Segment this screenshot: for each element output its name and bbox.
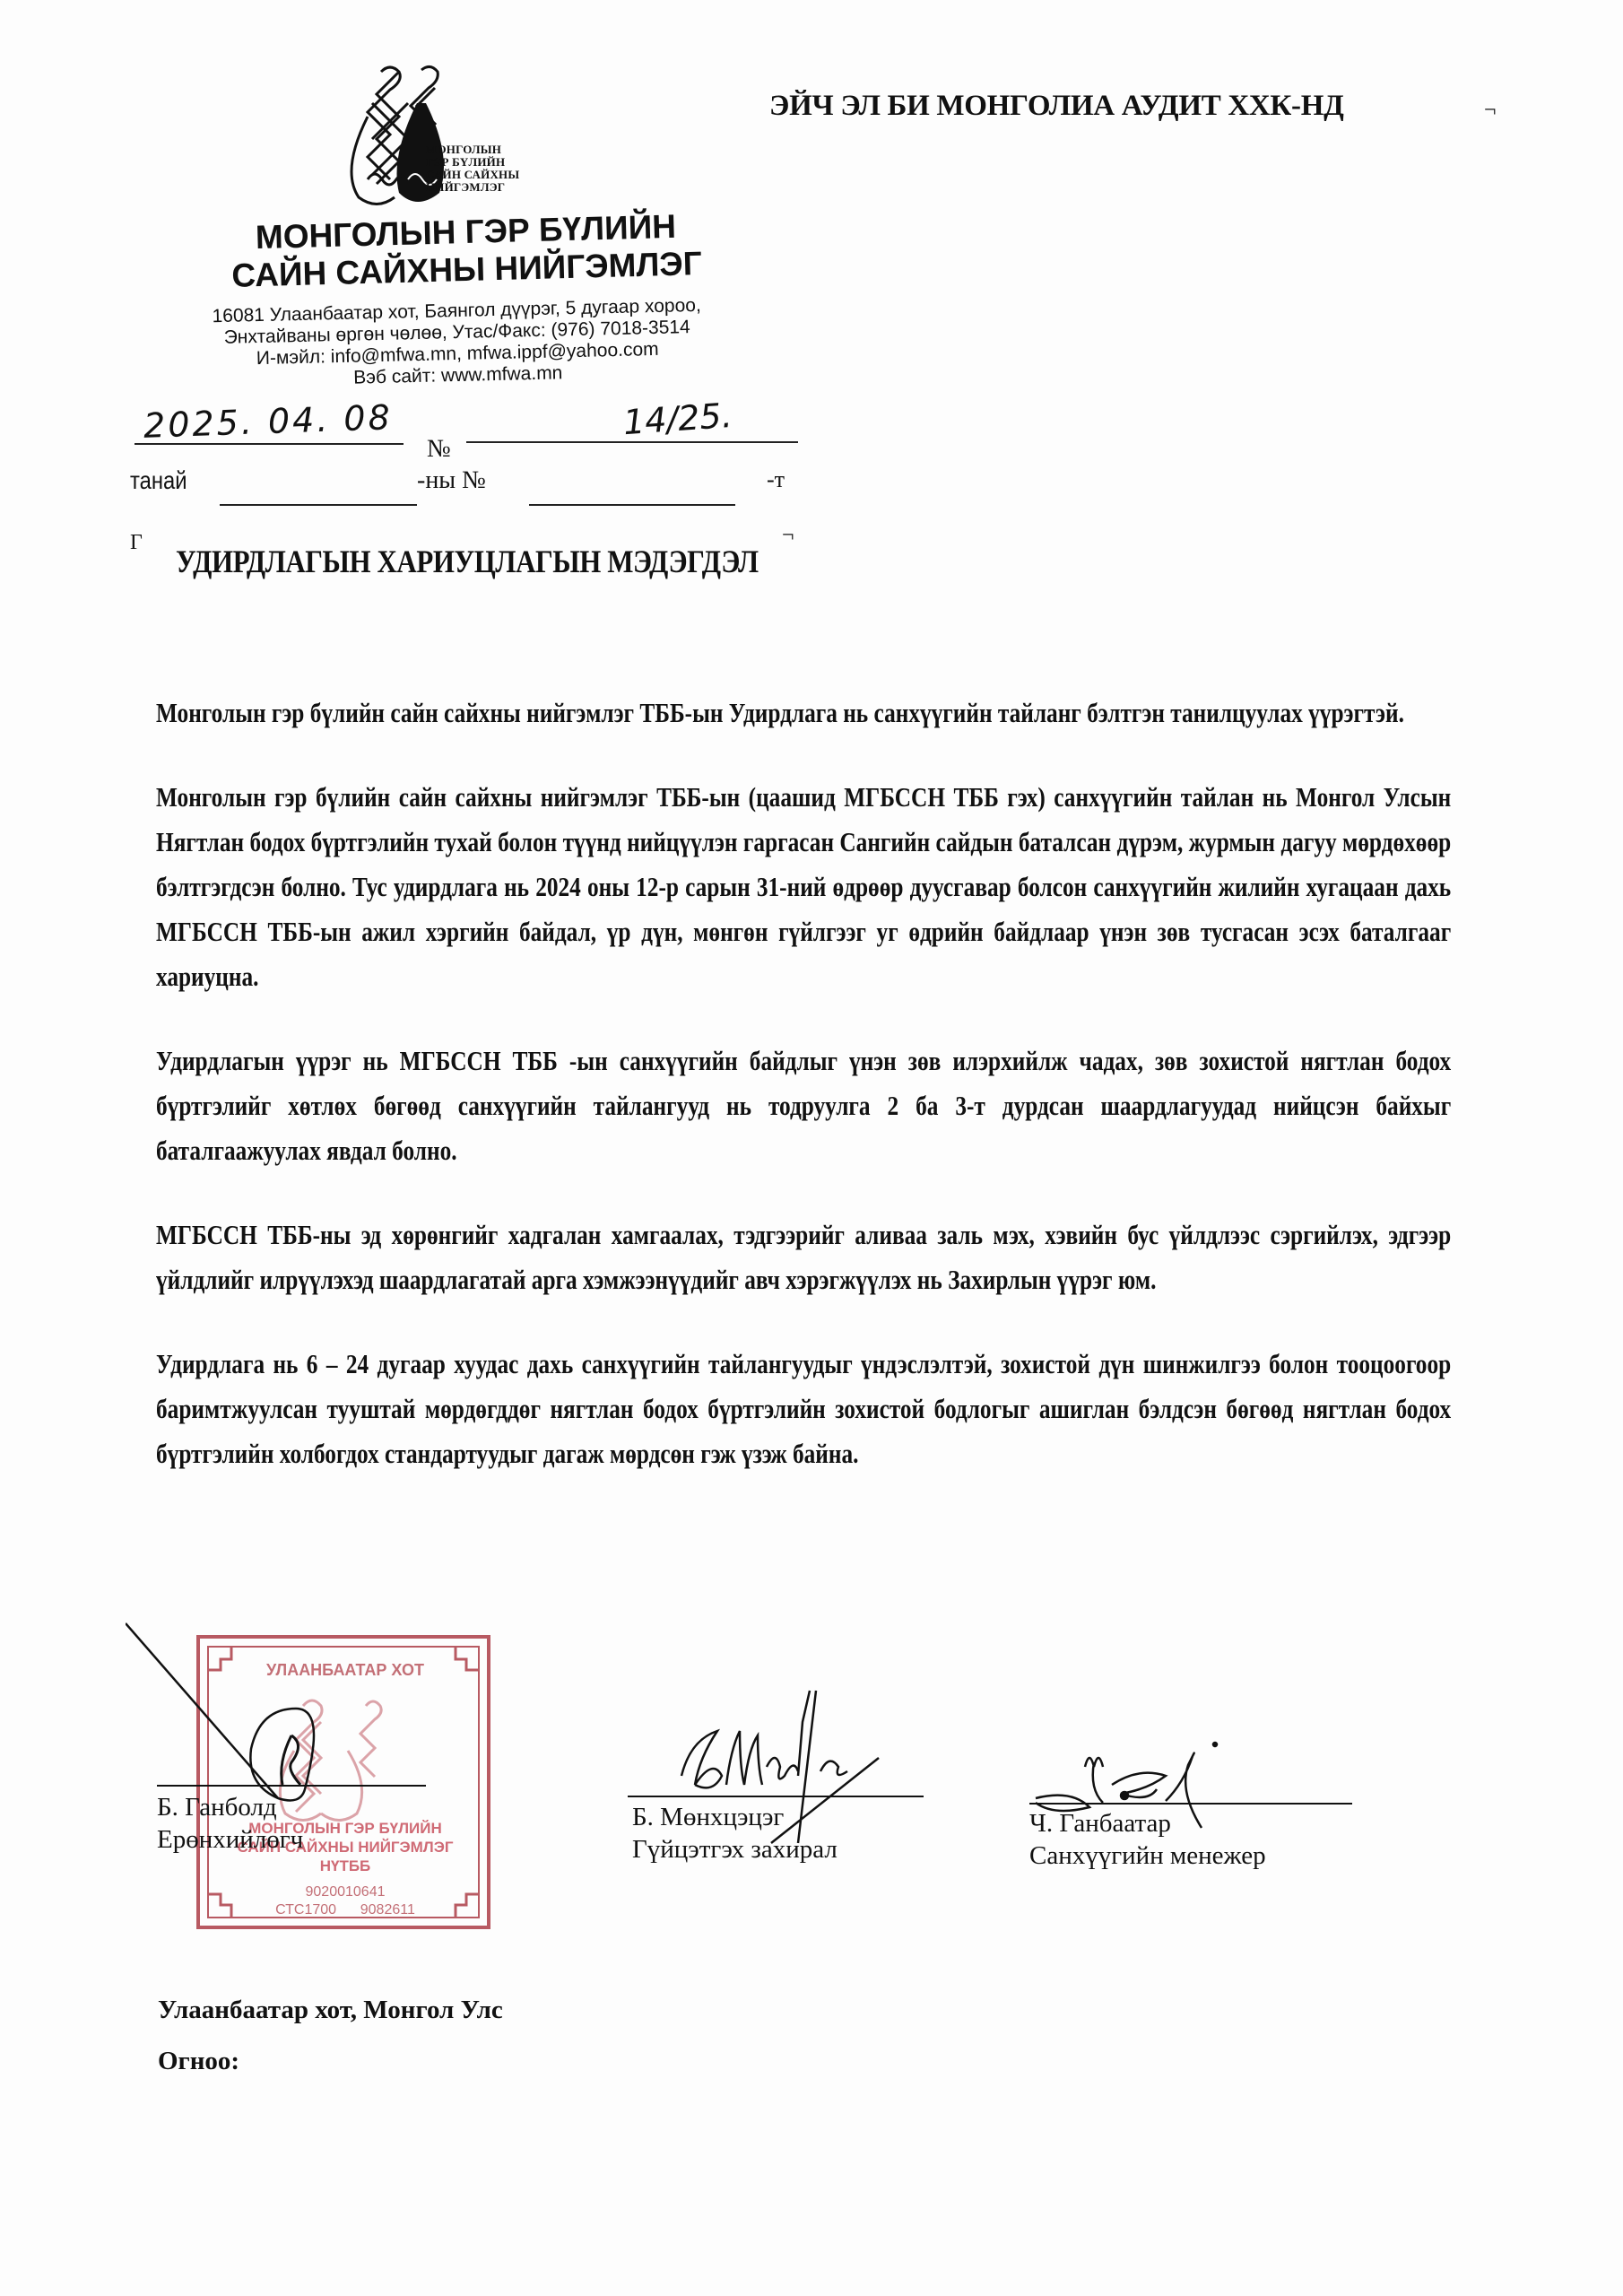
signatory-name: Б. Ганболд — [157, 1791, 303, 1823]
place-of-issue: Улаанбаатар хот, Монгол Улс — [158, 1996, 503, 2025]
handwritten-number: 14/25. — [622, 396, 733, 442]
your-number-label: -ны № — [417, 466, 486, 495]
signatory-name: Ч. Ганбаатар — [1029, 1807, 1266, 1839]
stamp-reg-number: 9020010641 — [215, 1883, 475, 1901]
recipient: ЭЙЧ ЭЛ БИ МОНГОЛИА АУДИТ ХХК-НД — [769, 90, 1344, 123]
logo-caption: МОНГОЛЫН ГЭР БҮЛИЙН САЙН САЙХНЫ НИЙГЭМЛЭ… — [426, 143, 519, 194]
signature-line — [157, 1785, 426, 1787]
signature-ganbold-icon — [242, 1704, 350, 1803]
signature-line — [1029, 1803, 1352, 1805]
logo-caption-line: ГЭР БҮЛИЙН — [426, 156, 519, 169]
signatory-president: Б. Ганболд Ерөнхийлөгч — [157, 1791, 303, 1856]
statement-body: Монголын гэр бүлийн сайн сайхны нийгэмлэ… — [156, 691, 1465, 1516]
stamp-code-right: 9082611 — [360, 1902, 415, 1918]
signatory-position: Гүйцэтгэх захирал — [632, 1833, 838, 1865]
signatory-finance-manager: Ч. Ганбаатар Санхүүгийн менежер — [1029, 1807, 1266, 1872]
your-number-rule — [529, 502, 735, 506]
suffix-label: -т — [767, 466, 785, 493]
date-rule — [135, 441, 404, 445]
organization-contacts: 16081 Улаанбаатар хот, Баянгол дүүрэг, 5… — [134, 293, 781, 394]
logo-caption-line: МОНГОЛЫН — [426, 143, 519, 156]
logo-caption-line: САЙН САЙХНЫ — [426, 169, 519, 181]
signature-line — [628, 1796, 924, 1797]
handwritten-date: 2025. 04. 08 — [143, 397, 393, 446]
stamp-code-left: СТС1700 — [275, 1902, 336, 1918]
paragraph: Удирдлага нь 6 – 24 дугаар хуудас дахь с… — [156, 1342, 1451, 1476]
date-label: Огноо: — [158, 2047, 239, 2076]
paragraph: Монголын гэр бүлийн сайн сайхны нийгэмлэ… — [156, 775, 1451, 999]
number-rule — [466, 439, 798, 443]
signatory-position: Ерөнхийлөгч — [157, 1823, 303, 1856]
your-label: танай — [130, 466, 187, 495]
stamp-org-line: НҮТББ — [215, 1857, 475, 1875]
signatory-position: Санхүүгийн менежер — [1029, 1839, 1266, 1872]
corner-mark: Г — [130, 531, 143, 555]
paragraph: МГБССН ТББ-ны эд хөрөнгийг хадгалан хамг… — [156, 1213, 1451, 1302]
stamp-identifiers: 9020010641 СТС1700 9082611 — [215, 1883, 475, 1919]
paragraph: Монголын гэр бүлийн сайн сайхны нийгэмлэ… — [156, 691, 1451, 735]
document-title: УДИРДЛАГЫН ХАРИУЦЛАГЫН МЭДЭГДЭЛ — [176, 543, 759, 580]
paragraph: Удирдлагын үүрэг нь МГБССН ТББ -ын санхү… — [156, 1039, 1451, 1173]
organization-name: МОНГОЛЫН ГЭР БҮЛИЙН САЙН САЙХНЫ НИЙГЭМЛЭ… — [196, 206, 736, 296]
signatory-name: Б. Мөнхцэцэг — [632, 1801, 838, 1833]
corner-mark: ¬ — [1484, 99, 1497, 123]
number-label: № — [427, 435, 451, 464]
logo-caption-line: НИЙГЭМЛЭГ — [426, 181, 519, 194]
corner-mark: ¬ — [782, 524, 794, 548]
your-date-rule — [220, 502, 417, 506]
signatory-executive-director: Б. Мөнхцэцэг Гүйцэтгэх захирал — [632, 1801, 838, 1865]
